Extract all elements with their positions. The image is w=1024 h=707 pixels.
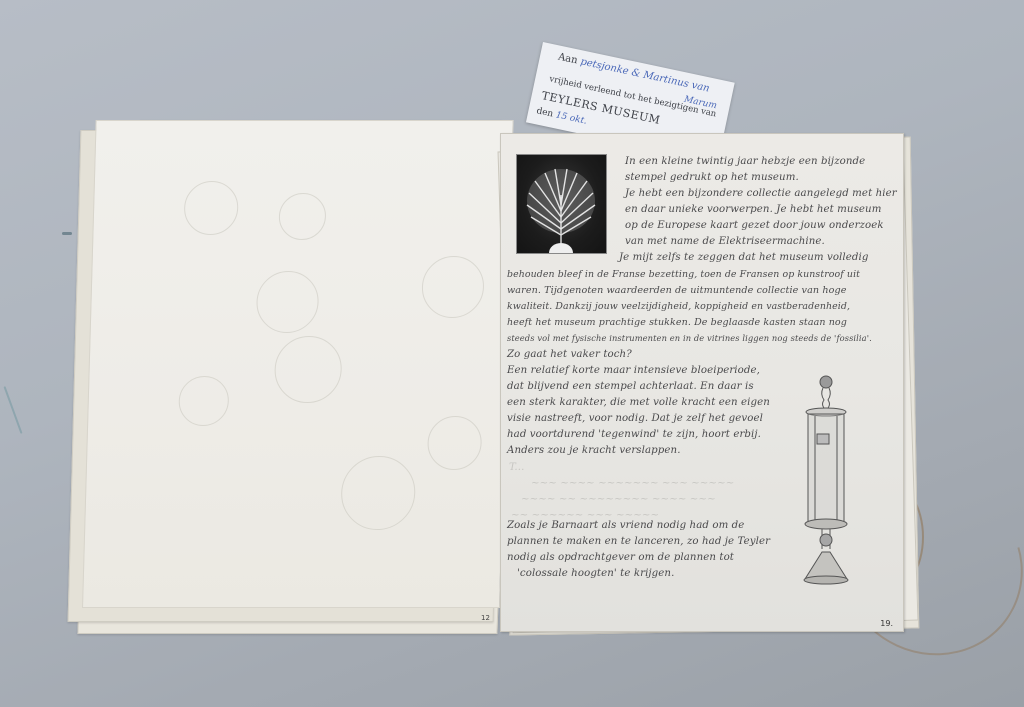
handwritten-line: een sterk karakter, die met volle kracht… [507, 397, 770, 408]
card-text: den [535, 106, 556, 120]
faint-erased-line: ~~~ ~~~~ ~~~~~~~ ~~~ ~~~~~ [531, 478, 734, 489]
surface-mark [62, 232, 72, 235]
handwritten-line: In een kleine twintig jaar hebzje een bi… [625, 156, 865, 167]
embossed-circle [183, 181, 239, 235]
handwritten-line: van met name de Elektriseermachine. [625, 236, 825, 247]
handwritten-line: waren. Tijdgenoten waardeerden de uitmun… [507, 285, 847, 296]
photo-scene: Aan petsjonke & Martinus van Marum vrijh… [0, 0, 1024, 707]
handwritten-line: Je hebt een bijzondere collectie aangele… [625, 188, 897, 199]
handwritten-line: 'colossale hoogten' te krijgen. [517, 568, 674, 579]
right-handwritten-page: In een kleine twintig jaar hebzje een bi… [500, 133, 904, 632]
handwritten-line: nodig als opdrachtgever om de plannen to… [507, 552, 734, 563]
left-page-number: 12 [481, 614, 490, 622]
bell-jar-drawing [793, 374, 859, 589]
right-page-number: 19. [880, 619, 893, 628]
faint-erased-line: T... [509, 462, 524, 473]
handwritten-line: steeds vol met fysische instrumenten en … [507, 333, 872, 343]
handwritten-line: Zo gaat het vaker toch? [507, 349, 632, 360]
handwritten-line: Een relatief korte maar intensieve bloei… [507, 365, 760, 376]
left-blank-page [82, 120, 514, 608]
embossed-circle [178, 376, 229, 426]
embossed-circle [278, 193, 326, 240]
embossed-circle [256, 271, 320, 333]
surface-mark [4, 386, 23, 434]
handwritten-line: had voortdurend 'tegenwind' te zijn, hoo… [507, 429, 761, 440]
handwritten-line: Anders zou je kracht verslappen. [507, 445, 681, 456]
plant-drawing [516, 154, 607, 254]
handwritten-line: behouden bleef in de Franse bezetting, t… [507, 269, 860, 280]
handwritten-line: en daar unieke voorwerpen. Je hebt het m… [625, 204, 881, 215]
handwritten-line: op de Europese kaart gezet door jouw ond… [625, 220, 884, 231]
handwritten-line: visie nastreeft, voor nodig. Dat je zelf… [507, 413, 763, 424]
handwritten-line: kwaliteit. Dankzij jouw veelzijdigheid, … [507, 301, 850, 312]
card-handwritten-date: 15 okt. [555, 110, 588, 126]
embossed-circle [427, 416, 483, 470]
handwritten-line: Je mijt zelfs te zeggen dat het museum v… [619, 252, 869, 263]
embossed-circle [340, 456, 416, 530]
card-text: Aan [557, 52, 582, 68]
handwritten-line: Zoals je Barnaart als vriend nodig had o… [507, 520, 744, 531]
handwritten-line: heeft het museum prachtige stukken. De b… [507, 317, 847, 328]
embossed-circle [421, 256, 485, 318]
handwritten-line: plannen te maken en te lanceren, zo had … [507, 536, 770, 547]
embossed-circle [274, 336, 343, 403]
faint-erased-line: ~~~~ ~~ ~~~~~~~~ ~~~~ ~~~ [521, 494, 716, 505]
handwritten-line: stempel gedrukt op het museum. [625, 172, 799, 183]
handwritten-line: dat blijvend een stempel achterlaat. En … [507, 381, 754, 392]
